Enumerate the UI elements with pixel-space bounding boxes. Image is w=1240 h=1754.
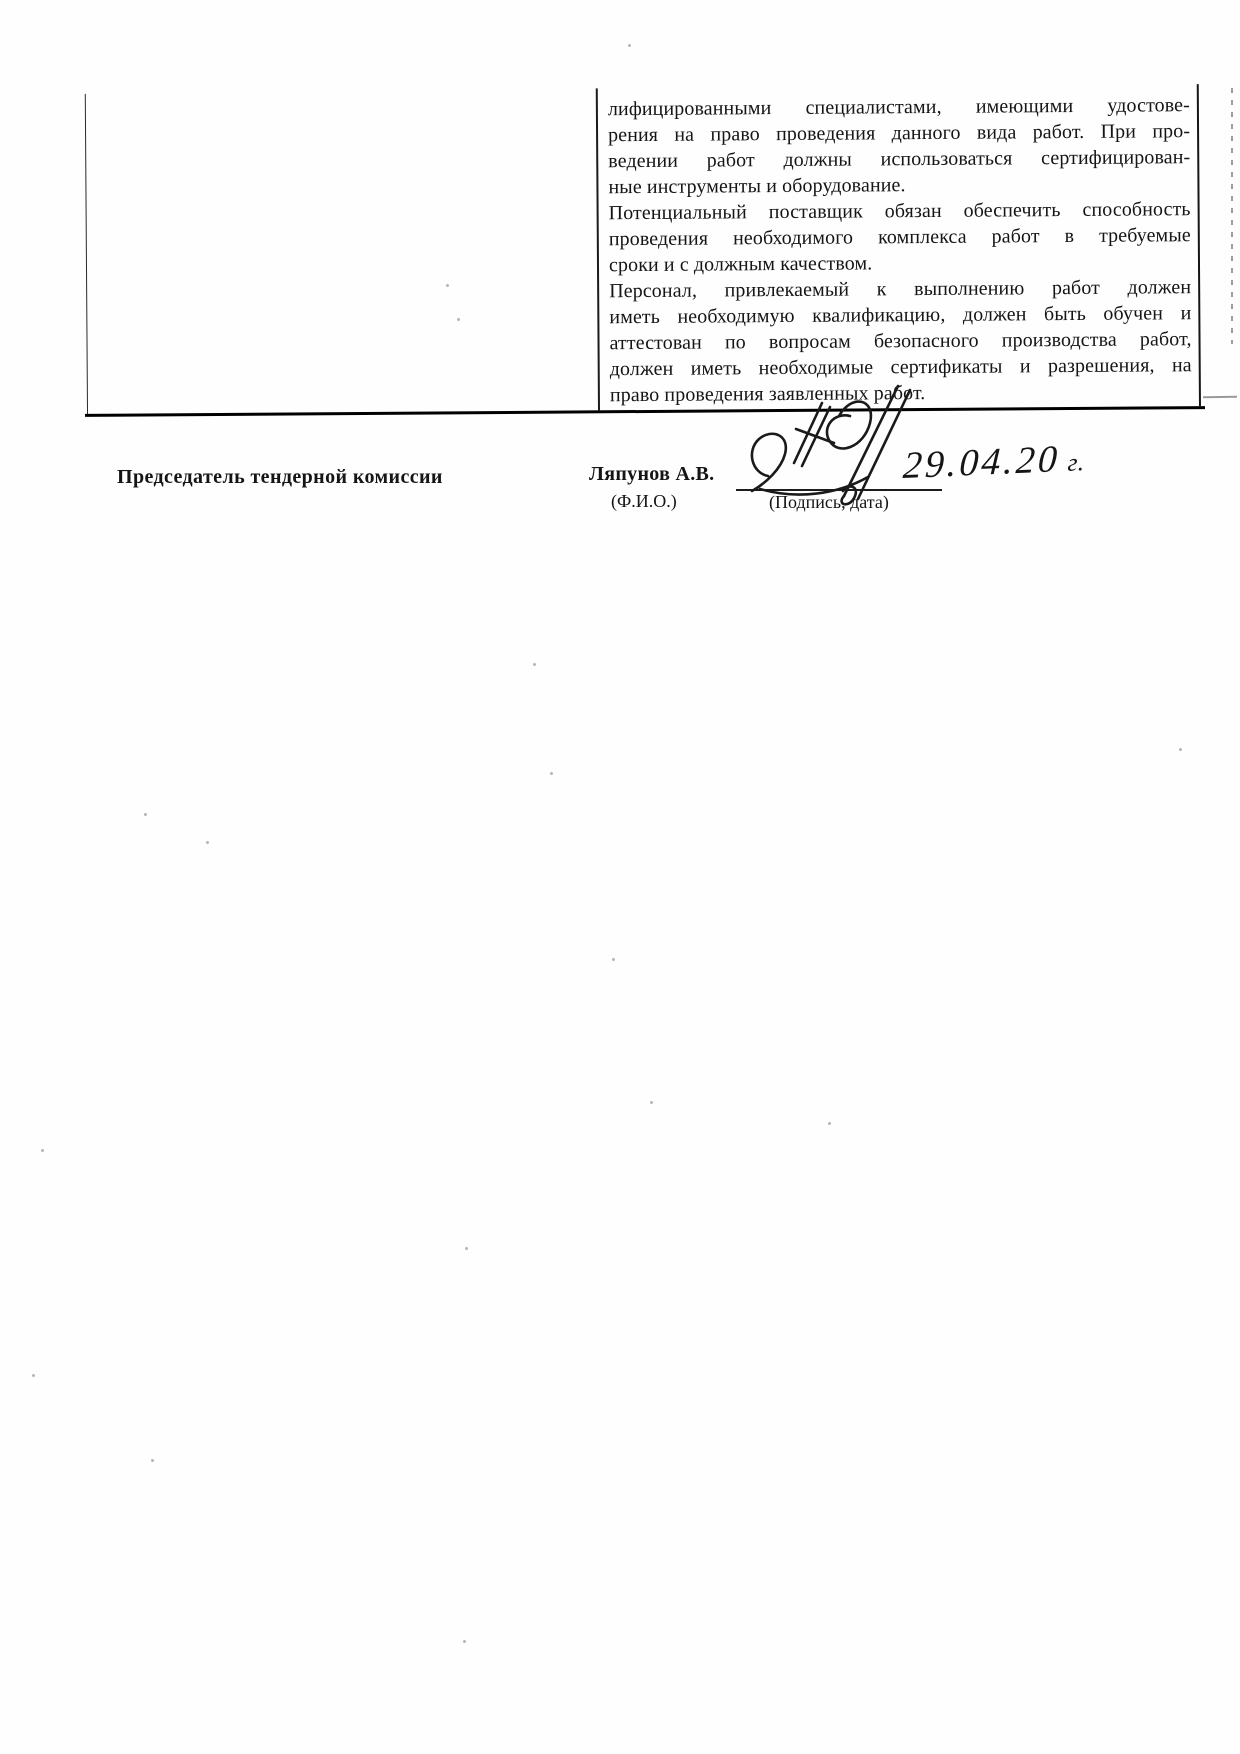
text-line: должен иметь необходимые сертификаты и р… <box>610 352 1192 382</box>
handwritten-date-suffix: г. <box>1067 449 1086 477</box>
text-line: Персонал, привлекаемый к выполнению рабо… <box>609 274 1191 304</box>
handwritten-signature <box>738 383 923 513</box>
text-line: лифицированными специалистами, имеющими … <box>608 92 1190 122</box>
text-line: рения на право проведения данного вида р… <box>608 118 1190 148</box>
handwritten-date-numbers: 29.04.20 <box>902 438 1061 487</box>
table-cell-empty <box>86 88 598 414</box>
scan-speck <box>206 841 209 844</box>
scan-speck <box>32 1374 35 1377</box>
scan-speck <box>612 958 615 961</box>
chairman-role-label: Председатель тендерной комиссии <box>117 466 443 489</box>
text-line: сроки и с должным качеством. <box>609 248 1191 278</box>
document-page: лифицированными специалистами, имеющими … <box>0 0 1240 1754</box>
text-line: проведения необходимого комплекса работ … <box>609 222 1191 252</box>
scan-speck <box>457 318 460 321</box>
text-line: ные инструменты и оборудование. <box>608 170 1190 200</box>
table-continuation: лифицированными специалистами, имеющими … <box>85 84 1201 414</box>
scan-edge-artifact-line <box>1231 88 1233 344</box>
scan-speck <box>550 772 553 775</box>
text-line: ведении работ должны использоваться серт… <box>608 144 1190 174</box>
chairman-name: Ляпунов А.В. <box>589 463 714 486</box>
text-line: Потенциальный поставщик обязан обеспечит… <box>609 196 1191 226</box>
handwritten-date: 29.04.20г. <box>902 436 1087 488</box>
name-caption: (Ф.И.О.) <box>611 491 677 512</box>
scan-speck <box>144 813 147 816</box>
scan-speck <box>828 1122 831 1125</box>
scan-speck <box>151 1459 154 1462</box>
scan-speck <box>446 284 449 287</box>
scan-border-tail-artifact <box>1203 396 1237 399</box>
scan-speck <box>628 44 631 47</box>
table-cell-requirements-text: лифицированными специалистами, имеющими … <box>608 92 1192 408</box>
text-line: аттестован по вопросам безопасного произ… <box>609 326 1191 356</box>
scan-speck <box>41 1149 44 1152</box>
scan-speck <box>650 1101 653 1104</box>
scan-speck <box>533 663 536 666</box>
scan-speck <box>1179 748 1182 751</box>
scan-speck <box>463 1640 466 1643</box>
text-line: иметь необходимую квалификацию, должен б… <box>609 300 1191 330</box>
scan-speck <box>465 1247 468 1250</box>
table-right-border <box>1197 84 1201 406</box>
